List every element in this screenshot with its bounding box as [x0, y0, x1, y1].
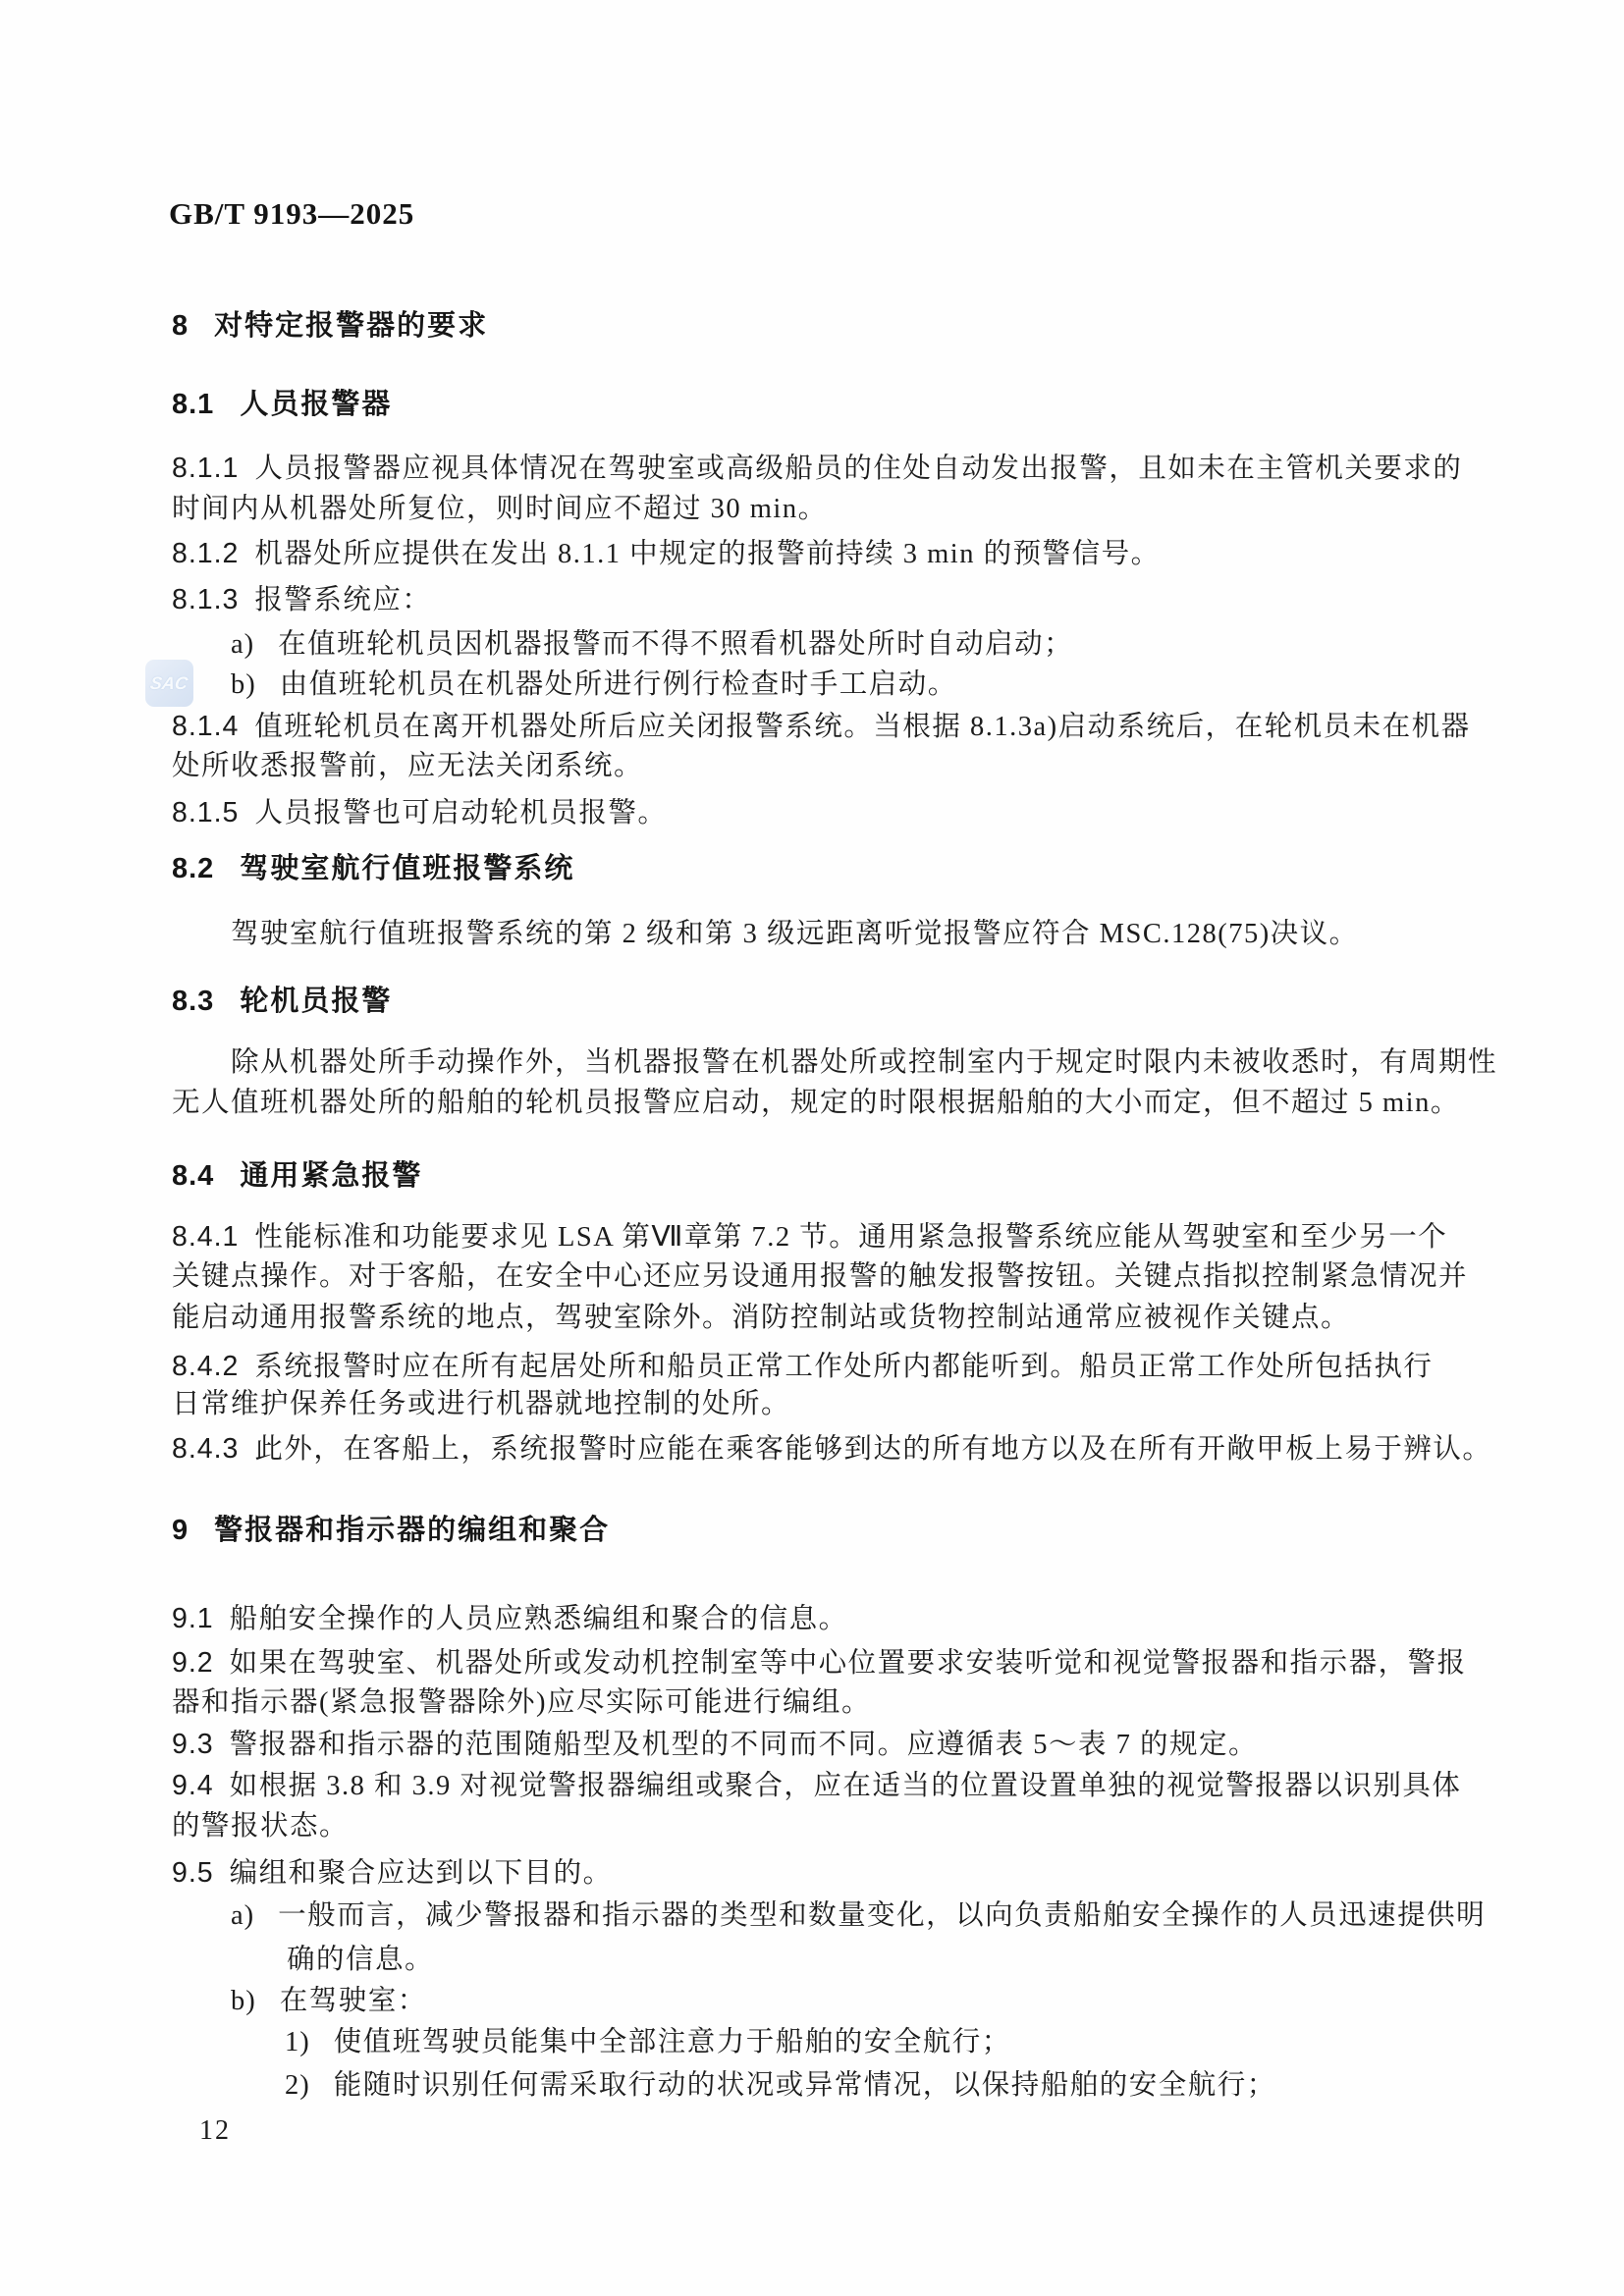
- clause-number: 9.5: [172, 1855, 214, 1891]
- heading-9: 9警报器和指示器的编组和聚合: [172, 1513, 610, 1548]
- clause-text: 警报器和指示器的范围随船型及机型的不同而不同。应遵循表 5～表 7 的规定。: [230, 1730, 1258, 1760]
- heading-8.3: 8.3轮机员报警: [172, 984, 392, 1019]
- heading-text: 人员报警器: [240, 389, 392, 420]
- clause-number: 8.1.1: [172, 451, 239, 486]
- clause-8.1.2: 8.1.2机器处所应提供在发出 8.1.1 中规定的报警前持续 3 min 的预…: [172, 536, 1161, 572]
- list-item-text: 在值班轮机员因机器报警而不得不照看机器处所时自动启动；: [278, 629, 1073, 660]
- list-item-text: 由值班轮机员在机器处所进行例行检查时手工启动。: [280, 669, 957, 700]
- heading-text: 轮机员报警: [240, 986, 392, 1017]
- heading-number: 8: [172, 308, 189, 344]
- list-item-a-line2: 确的信息。: [287, 1943, 434, 1978]
- clause-text: 报警系统应：: [254, 585, 431, 615]
- list-marker: a): [231, 627, 254, 663]
- clause-number: 8.4.2: [172, 1349, 239, 1384]
- standard-code: GB/T 9193—2025: [169, 196, 414, 232]
- clause-8.4.2-line1: 8.4.2系统报警时应在所有起居处所和船员正常工作处所内都能听到。船员正常工作处…: [172, 1349, 1433, 1385]
- list-item-text: 确的信息。: [287, 1945, 434, 1975]
- clause-8.1.5: 8.1.5人员报警也可启动轮机员报警。: [172, 795, 667, 831]
- clause-text: 无人值班机器处所的船舶的轮机员报警应启动，规定的时限根据船舶的大小而定，但不超过…: [172, 1088, 1460, 1118]
- clause-text: 性能标准和功能要求见 LSA 第Ⅶ章第 7.2 节。通用紧急报警系统应能从驾驶室…: [254, 1222, 1447, 1253]
- clause-8.2-body: 驾驶室航行值班报警系统的第 2 级和第 3 级远距离听觉报警应符合 MSC.12…: [231, 917, 1359, 952]
- clause-number: 8.1.2: [172, 536, 239, 571]
- clause-number: 9.1: [172, 1601, 214, 1636]
- list-item-a: a)在值班轮机员因机器报警而不得不照看机器处所时自动启动；: [231, 627, 1073, 663]
- sac-watermark-text: SAC: [149, 673, 189, 694]
- heading-text: 对特定报警器的要求: [214, 310, 488, 342]
- clause-number: 8.4.1: [172, 1219, 239, 1255]
- list-item-b: b)由值班轮机员在机器处所进行例行检查时手工启动。: [231, 667, 957, 703]
- list-item-text: 使值班驾驶员能集中全部注意力于船舶的安全航行；: [334, 2027, 1011, 2057]
- heading-number: 8.4: [172, 1158, 214, 1194]
- list-item-text: 一般而言，减少警报器和指示器的类型和数量变化，以向负责船舶安全操作的人员迅速提供…: [278, 1900, 1486, 1931]
- list-marker: 1): [285, 2025, 310, 2060]
- clause-text: 器和指示器(紧急报警器除外)应尽实际可能进行编组。: [172, 1687, 871, 1718]
- clause-8.3-line2: 无人值班机器处所的船舶的轮机员报警应启动，规定的时限根据船舶的大小而定，但不超过…: [172, 1086, 1460, 1121]
- clause-text: 驾驶室航行值班报警系统的第 2 级和第 3 级远距离听觉报警应符合 MSC.12…: [231, 919, 1359, 949]
- clause-text: 系统报警时应在所有起居处所和船员正常工作处所内都能听到。船员正常工作处所包括执行: [254, 1352, 1433, 1382]
- clause-text: 日常维护保养任务或进行机器就地控制的处所。: [172, 1389, 790, 1419]
- heading-number: 8.3: [172, 984, 214, 1019]
- list-marker: 2): [285, 2068, 310, 2104]
- clause-9.1: 9.1船舶安全操作的人员应熟悉编组和聚合的信息。: [172, 1601, 848, 1637]
- page-number: 12: [199, 2115, 231, 2147]
- clause-text: 机器处所应提供在发出 8.1.1 中规定的报警前持续 3 min 的预警信号。: [254, 539, 1160, 569]
- heading-number: 8.1: [172, 387, 214, 422]
- clause-9.2-line1: 9.2如果在驾驶室、机器处所或发动机控制室等中心位置要求安装听觉和视觉警报器和指…: [172, 1645, 1467, 1682]
- heading-8.2: 8.2驾驶室航行值班报警系统: [172, 851, 574, 886]
- clause-number: 8.4.3: [172, 1431, 239, 1467]
- clause-text: 如果在驾驶室、机器处所或发动机控制室等中心位置要求安装听觉和视觉警报器和指示器，…: [230, 1648, 1467, 1679]
- clause-text: 处所收悉报警前，应无法关闭系统。: [172, 751, 643, 781]
- clause-text: 的警报状态。: [172, 1811, 349, 1842]
- list-marker: a): [231, 1898, 254, 1934]
- clause-text: 关键点操作。对于客船，在安全中心还应另设通用报警的触发报警按钮。关键点指拟控制紧…: [172, 1261, 1468, 1292]
- heading-number: 8.2: [172, 851, 214, 886]
- clause-text: 值班轮机员在离开机器处所后应关闭报警系统。当根据 8.1.3a)启动系统后，在轮…: [254, 712, 1470, 742]
- clause-text: 编组和聚合应达到以下目的。: [230, 1858, 613, 1889]
- list-marker: b): [231, 667, 256, 703]
- list-item-a-line1: a)一般而言，减少警报器和指示器的类型和数量变化，以向负责船舶安全操作的人员迅速…: [231, 1898, 1486, 1934]
- clause-text: 船舶安全操作的人员应熟悉编组和聚合的信息。: [230, 1604, 848, 1634]
- clause-9.5: 9.5编组和聚合应达到以下目的。: [172, 1855, 613, 1892]
- clause-8.1.4-line2: 处所收悉报警前，应无法关闭系统。: [172, 749, 643, 784]
- clause-text: 时间内从机器处所复位，则时间应不超过 30 min。: [172, 494, 828, 524]
- document-page: GB/T 9193—2025 SAC 8对特定报警器的要求 8.1人员报警器 8…: [0, 0, 1624, 2296]
- list-item-b2: 2)能随时识别任何需采取行动的状况或异常情况，以保持船舶的安全航行；: [285, 2068, 1276, 2104]
- clause-number: 9.3: [172, 1727, 214, 1762]
- heading-text: 驾驶室航行值班报警系统: [240, 853, 574, 884]
- heading-text: 通用紧急报警: [240, 1160, 422, 1192]
- clause-8.4.1-line3: 能启动通用报警系统的地点，驾驶室除外。消防控制站或货物控制站通常应被视作关键点。: [172, 1301, 1350, 1336]
- clause-8.1.1-line2: 时间内从机器处所复位，则时间应不超过 30 min。: [172, 492, 828, 527]
- heading-8.4: 8.4通用紧急报警: [172, 1158, 422, 1194]
- clause-9.3: 9.3警报器和指示器的范围随船型及机型的不同而不同。应遵循表 5～表 7 的规定…: [172, 1727, 1258, 1763]
- clause-9.2-line2: 器和指示器(紧急报警器除外)应尽实际可能进行编组。: [172, 1685, 871, 1721]
- clause-text: 人员报警器应视具体情况在驾驶室或高级船员的住处自动发出报警，且如未在主管机关要求…: [254, 454, 1462, 484]
- clause-number: 9.2: [172, 1645, 214, 1681]
- clause-number: 8.1.5: [172, 795, 239, 830]
- sac-watermark-logo: SAC: [145, 660, 193, 707]
- clause-text: 除从机器处所手动操作外，当机器报警在机器处所或控制室内于规定时限内未被收悉时，有…: [231, 1047, 1497, 1078]
- clause-text: 能启动通用报警系统的地点，驾驶室除外。消防控制站或货物控制站通常应被视作关键点。: [172, 1303, 1350, 1333]
- list-item-b1: 1)使值班驾驶员能集中全部注意力于船舶的安全航行；: [285, 2025, 1011, 2060]
- clause-text: 如根据 3.8 和 3.9 对视觉警报器编组或聚合，应在适当的位置设置单独的视觉…: [230, 1771, 1462, 1801]
- list-item-b: b)在驾驶室：: [231, 1984, 427, 2019]
- clause-text: 此外，在客船上，系统报警时应能在乘客能够到达的所有地方以及在所有开敞甲板上易于辨…: [254, 1434, 1491, 1465]
- clause-8.4.1-line1: 8.4.1性能标准和功能要求见 LSA 第Ⅶ章第 7.2 节。通用紧急报警系统应…: [172, 1219, 1447, 1255]
- clause-number: 8.1.3: [172, 582, 239, 617]
- clause-8.4.2-line2: 日常维护保养任务或进行机器就地控制的处所。: [172, 1387, 790, 1422]
- clause-8.4.3: 8.4.3此外，在客船上，系统报警时应能在乘客能够到达的所有地方以及在所有开敞甲…: [172, 1431, 1491, 1468]
- clause-text: 人员报警也可启动轮机员报警。: [254, 798, 667, 828]
- clause-8.1.4-line1: 8.1.4值班轮机员在离开机器处所后应关闭报警系统。当根据 8.1.3a)启动系…: [172, 709, 1471, 745]
- clause-8.1.1-line1: 8.1.1人员报警器应视具体情况在驾驶室或高级船员的住处自动发出报警，且如未在主…: [172, 451, 1462, 487]
- clause-number: 8.1.4: [172, 709, 239, 744]
- heading-number: 9: [172, 1513, 189, 1548]
- clause-8.3-line1: 除从机器处所手动操作外，当机器报警在机器处所或控制室内于规定时限内未被收悉时，有…: [231, 1045, 1497, 1081]
- clause-number: 9.4: [172, 1768, 214, 1803]
- list-item-text: 能随时识别任何需采取行动的状况或异常情况，以保持船舶的安全航行；: [334, 2070, 1276, 2101]
- list-item-text: 在驾驶室：: [280, 1986, 427, 2016]
- heading-text: 警报器和指示器的编组和聚合: [214, 1515, 610, 1546]
- clause-9.4-line2: 的警报状态。: [172, 1809, 349, 1844]
- clause-8.4.1-line2: 关键点操作。对于客船，在安全中心还应另设通用报警的触发报警按钮。关键点指拟控制紧…: [172, 1259, 1468, 1295]
- clause-8.1.3: 8.1.3报警系统应：: [172, 582, 431, 618]
- heading-8: 8对特定报警器的要求: [172, 308, 488, 344]
- list-marker: b): [231, 1984, 256, 2019]
- clause-9.4-line1: 9.4如根据 3.8 和 3.9 对视觉警报器编组或聚合，应在适当的位置设置单独…: [172, 1768, 1461, 1804]
- heading-8.1: 8.1人员报警器: [172, 387, 392, 422]
